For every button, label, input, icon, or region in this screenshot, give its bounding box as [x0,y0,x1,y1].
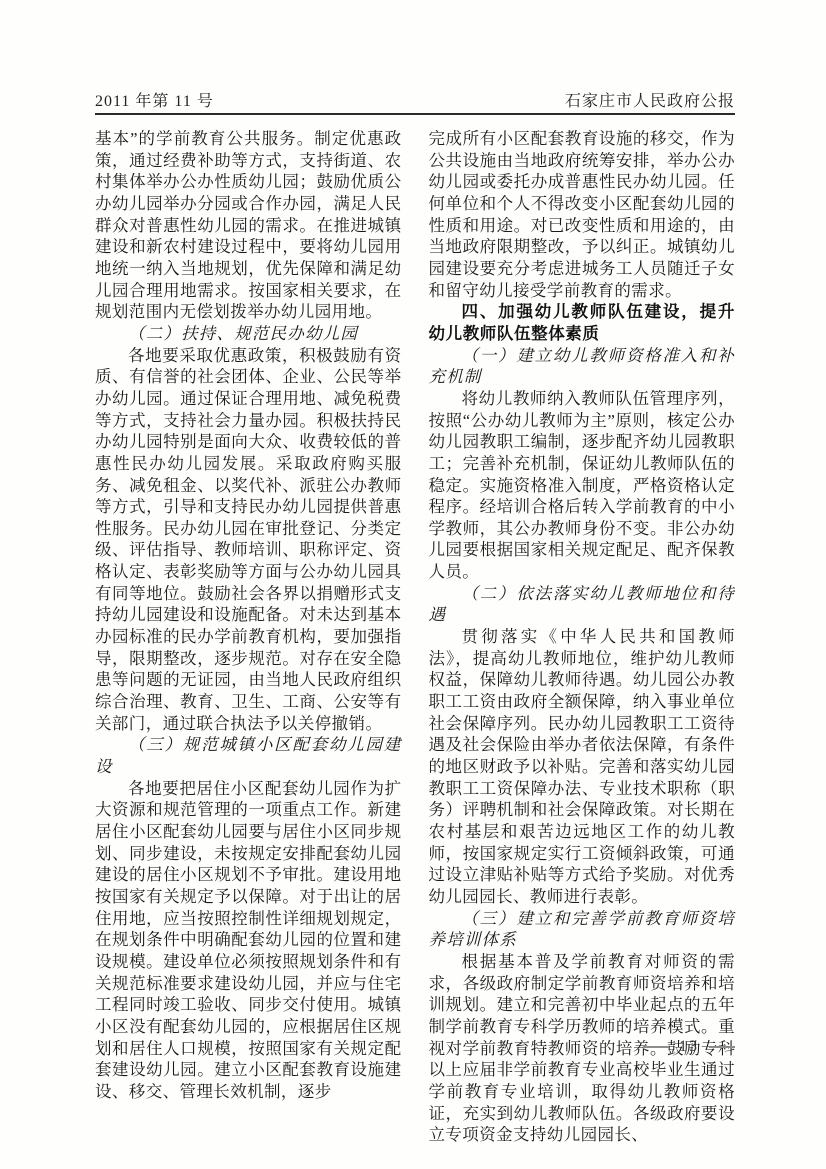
page-number: 13 [679,1038,699,1056]
publication-title: 石家庄市人民政府公报 [565,88,735,111]
paragraph: 贯彻落实《中华人民共和国教师法》，提高幼儿教师地位，维护幼儿教师权益，保障幼儿教… [429,626,736,908]
left-column: 基本”的学前教育公共服务。制定优惠政策，通过经费补助等方式，支持街道、农村集体举… [95,128,402,1146]
paragraph: 基本”的学前教育公共服务。制定优惠政策，通过经费补助等方式，支持街道、农村集体举… [95,128,402,323]
footer-left-dash [643,1046,669,1048]
running-head: 2011 年第 11 号 石家庄市人民政府公报 [95,88,735,111]
page-body: 基本”的学前教育公共服务。制定优惠政策，通过经费补助等方式，支持街道、农村集体举… [95,128,735,1146]
paragraph: 完成所有小区配套教育设施的移交，作为公共设施由当地政府统筹安排，举办公办幼儿园或… [429,128,736,301]
section-heading: （三）建立和完善学前教育师资培养培训体系 [429,908,736,951]
section-heading: （一）建立幼儿教师资格准入和补充机制 [429,345,736,388]
header-rule [95,113,735,115]
page-footer: 13 [643,1038,735,1056]
right-column: 完成所有小区配套教育设施的移交，作为公共设施由当地政府统筹安排，举办公办幼儿园或… [429,128,736,1146]
section-heading: （三）规范城镇小区配套幼儿园建设 [95,734,402,777]
paragraph: 各地要采取优惠政策，积极鼓励有资质、有信誉的社会团体、企业、公民等举办幼儿园。通… [95,345,402,735]
footer-right-dash [709,1046,735,1048]
paragraph: 各地要把居住小区配套幼儿园作为扩大资源和规范管理的一项重点工作。新建居住小区配套… [95,778,402,1103]
paragraph: 将幼儿教师纳入教师队伍管理序列，按照“公办幼儿教师为主”原则，核定公办幼儿园教职… [429,388,736,583]
gazette-page: 2011 年第 11 号 石家庄市人民政府公报 基本”的学前教育公共服务。制定优… [0,0,826,1169]
section-heading: （二）扶持、规范民办幼儿园 [95,323,402,345]
issue-number: 2011 年第 11 号 [95,88,214,111]
section-heading: 四、加强幼儿教师队伍建设，提升幼儿教师队伍整体素质 [429,301,736,344]
section-heading: （二）依法落实幼儿教师地位和待遇 [429,583,736,626]
